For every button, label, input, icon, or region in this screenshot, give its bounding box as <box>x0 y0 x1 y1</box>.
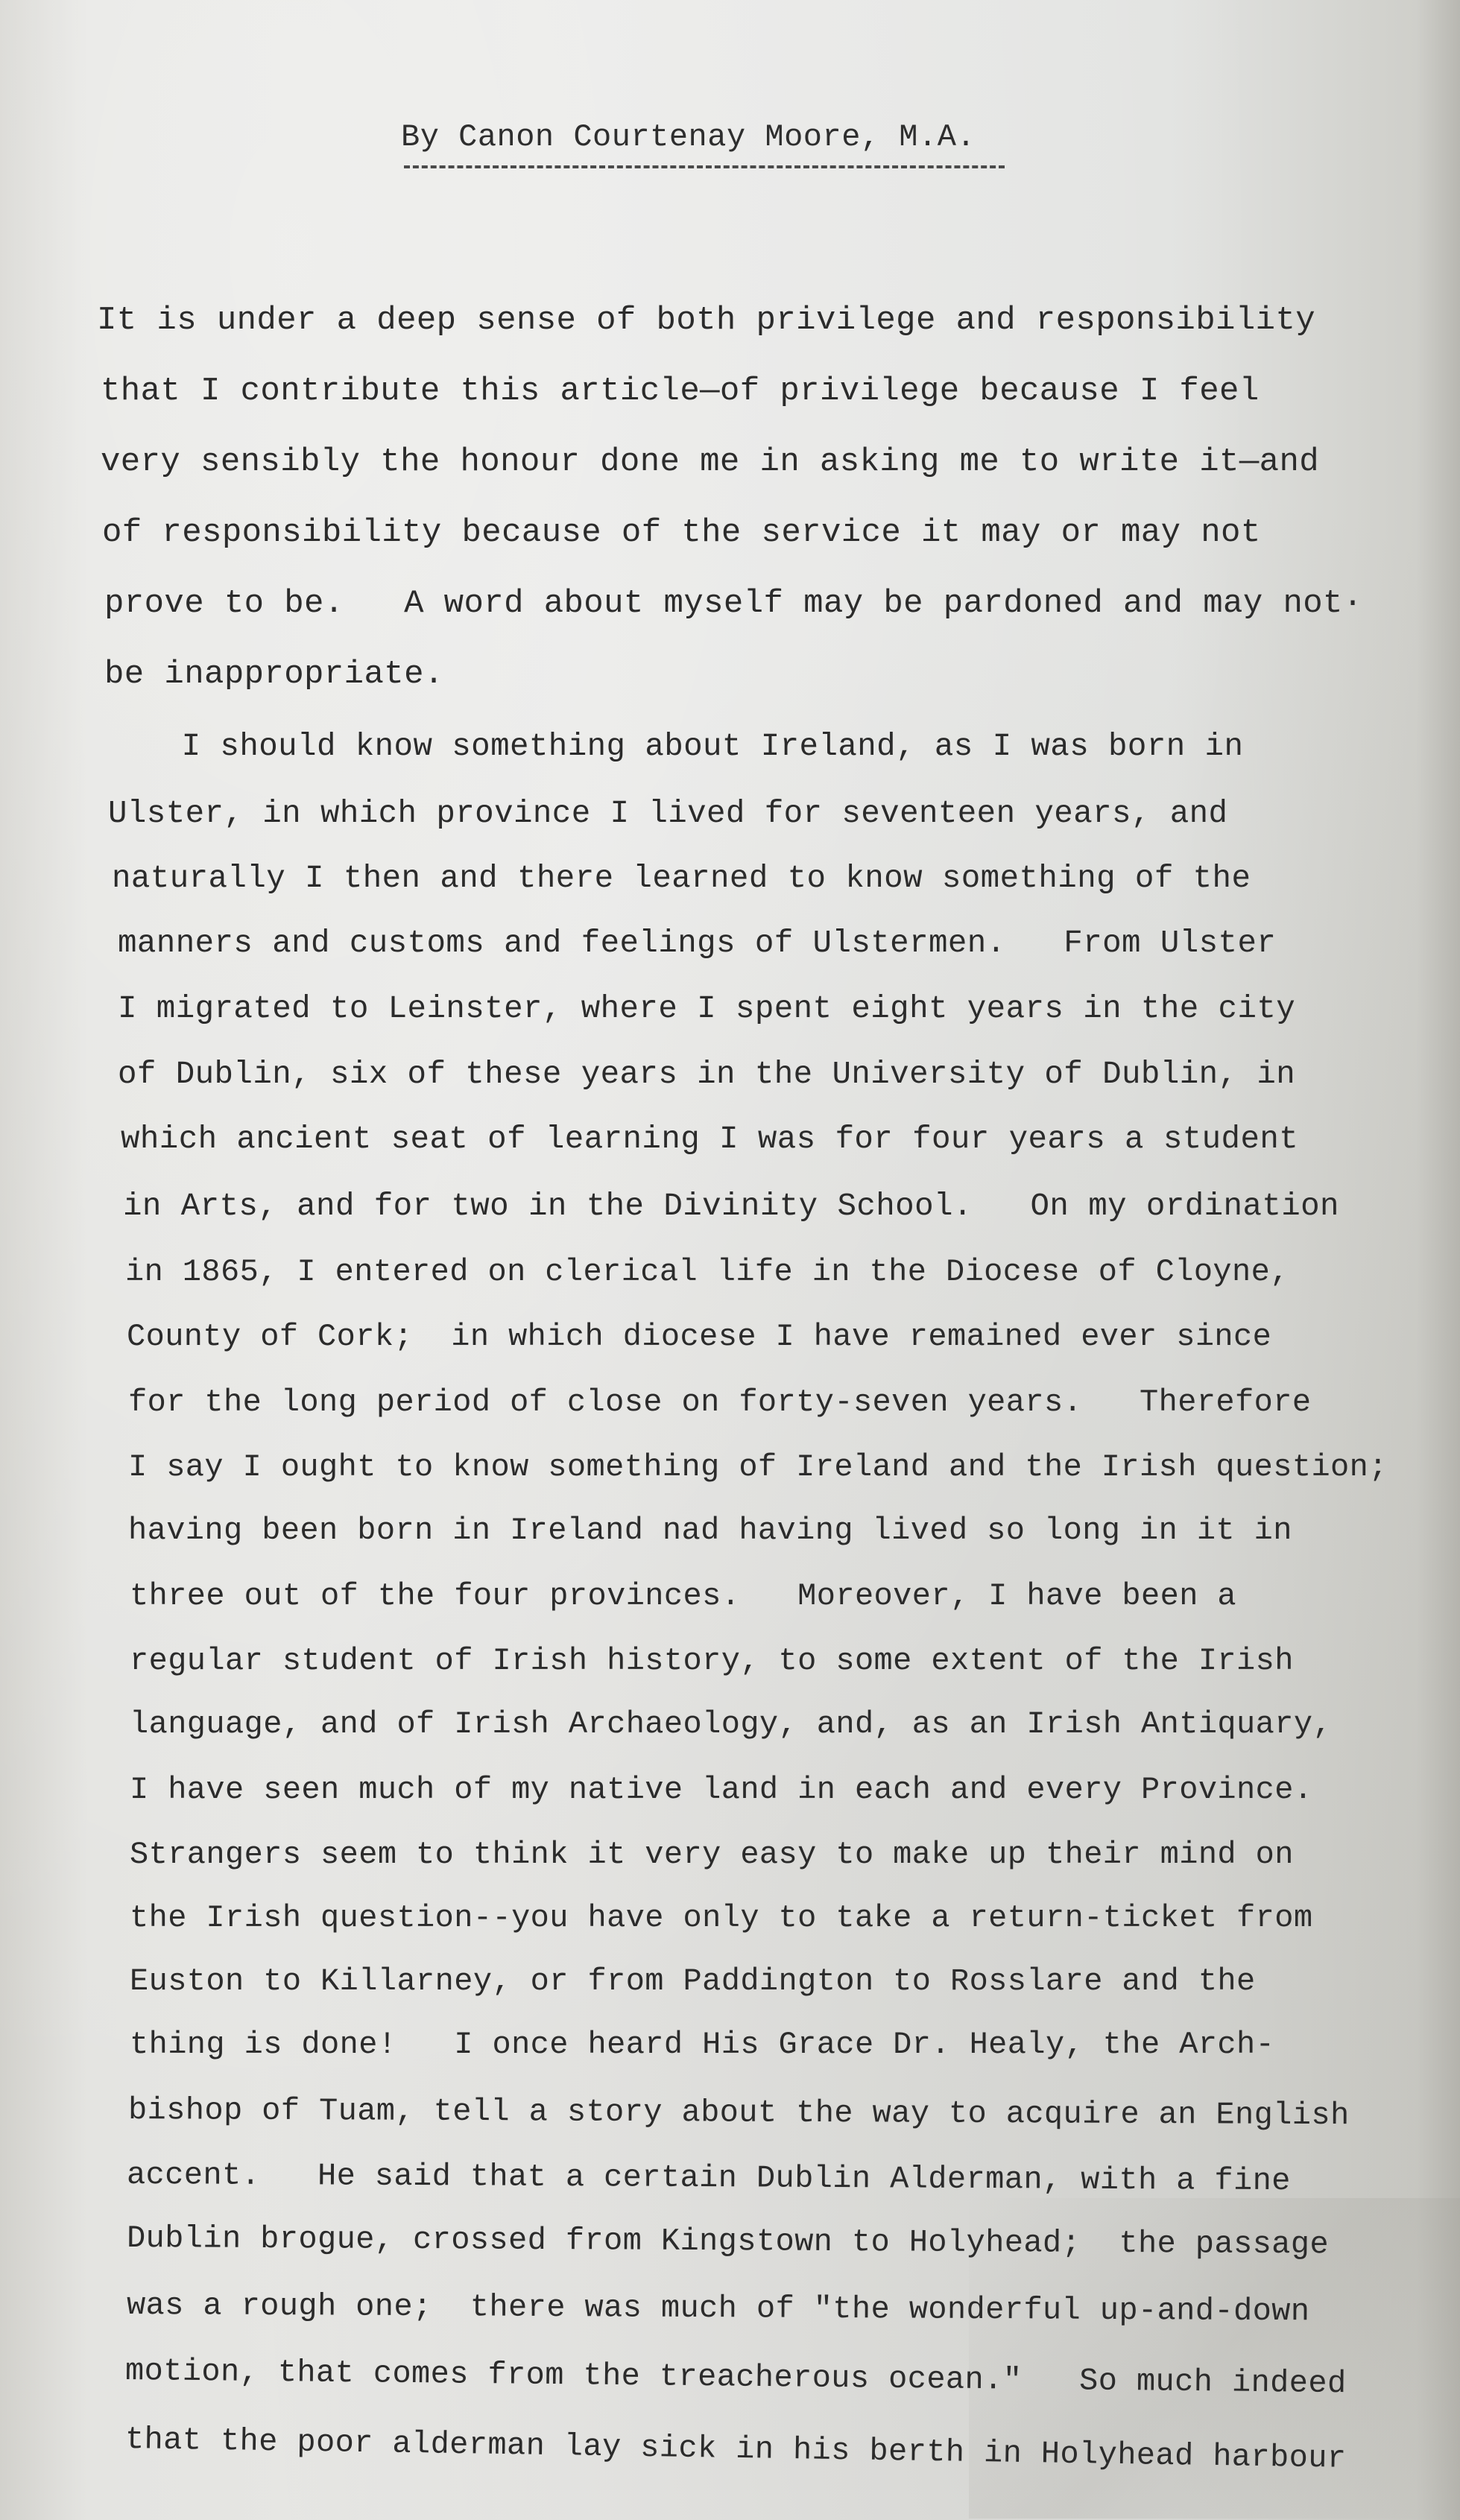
text-line: I should know something about Ireland, a… <box>104 729 1243 764</box>
text-line: for the long period of close on forty-se… <box>128 1384 1311 1420</box>
text-line: of Dublin, six of these years in the Uni… <box>118 1057 1295 1092</box>
text-line: County of Cork; in which diocese I have … <box>127 1319 1271 1355</box>
text-line: Ulster, in which province I lived for se… <box>108 796 1227 832</box>
text-line: was a rough one; there was much of "the … <box>127 2288 1310 2329</box>
byline-underline <box>404 165 1005 168</box>
text-line: of responsibility because of the service… <box>102 514 1261 551</box>
text-line: I migrated to Leinster, where I spent ei… <box>118 991 1295 1027</box>
text-line: the Irish question--you have only to tak… <box>130 1900 1312 1936</box>
text-line: very sensibly the honour done me in aski… <box>101 443 1319 481</box>
typewritten-page: By Canon Courtenay Moore, M.A. It is und… <box>0 0 1460 2520</box>
text-line: three out of the four provinces. Moreove… <box>130 1578 1236 1614</box>
text-line: which ancient seat of learning I was for… <box>121 1121 1298 1157</box>
text-line: that the poor alderman lay sick in his b… <box>125 2422 1347 2477</box>
text-line: It is under a deep sense of both privile… <box>97 302 1315 339</box>
text-line: Euston to Killarney, or from Paddington … <box>130 1963 1256 1999</box>
text-line: language, and of Irish Archaeology, and,… <box>130 1706 1332 1742</box>
text-line: in Arts, and for two in the Divinity Sch… <box>123 1188 1339 1224</box>
text-line: motion, that comes from the treacherous … <box>125 2353 1347 2402</box>
text-line: Dublin brogue, crossed from Kingstown to… <box>127 2220 1329 2262</box>
text-line: I say I ought to know something of Irela… <box>128 1449 1388 1485</box>
text-line: accent. He said that a certain Dublin Al… <box>127 2157 1291 2199</box>
text-line: thing is done! I once heard His Grace Dr… <box>130 2027 1274 2062</box>
text-line: bishop of Tuam, tell a story about the w… <box>128 2092 1350 2133</box>
text-line: in 1865, I entered on clerical life in t… <box>125 1254 1289 1290</box>
text-line: naturally I then and there learned to kn… <box>112 861 1251 896</box>
text-line: I have seen much of my native land in ea… <box>130 1772 1312 1808</box>
text-line: manners and customs and feelings of Ulst… <box>118 925 1276 961</box>
text-line: having been born in Ireland nad having l… <box>128 1513 1292 1548</box>
byline: By Canon Courtenay Moore, M.A. <box>401 119 976 155</box>
text-line: be inappropriate. <box>104 656 444 693</box>
text-line: that I contribute this article—of privil… <box>101 373 1260 410</box>
text-line: Strangers seem to think it very easy to … <box>130 1837 1294 1872</box>
text-line: prove to be. A word about myself may be … <box>104 585 1363 622</box>
text-line: regular student of Irish history, to som… <box>130 1643 1294 1679</box>
